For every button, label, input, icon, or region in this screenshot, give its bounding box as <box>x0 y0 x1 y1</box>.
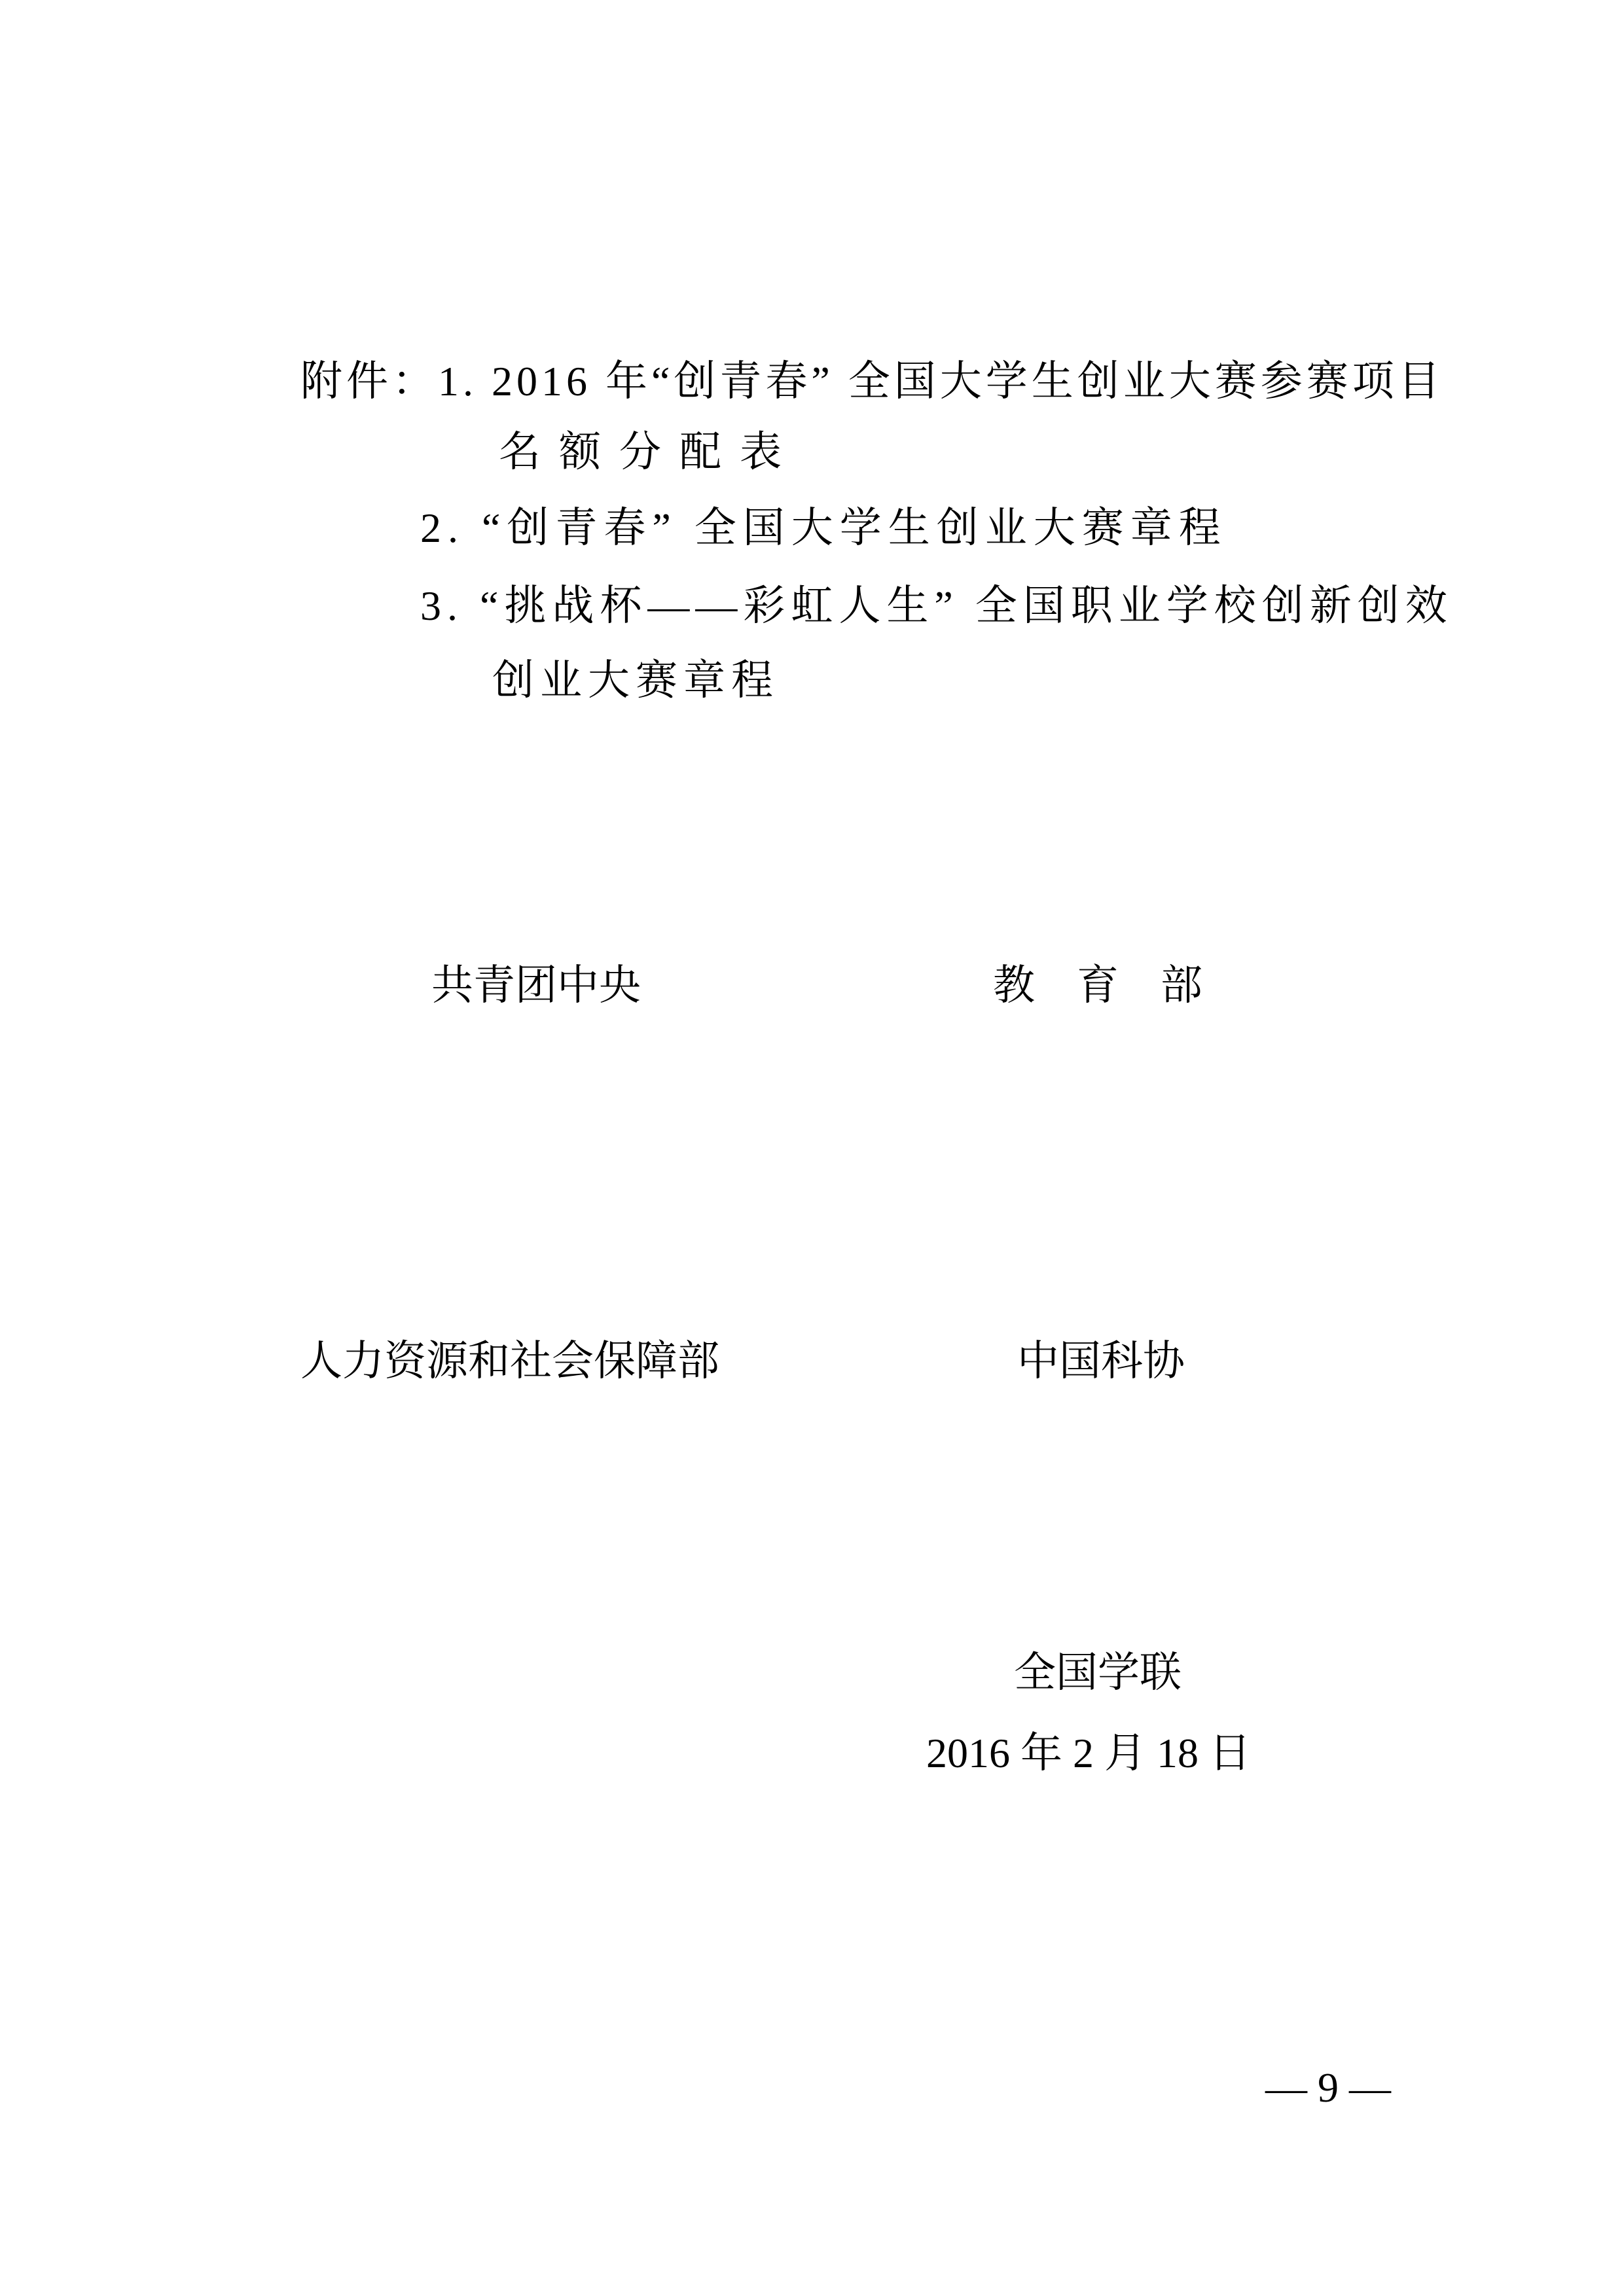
signatory-hr-social-security-ministry: 人力资源和社会保障部 <box>300 1340 719 1382</box>
signatory-education-ministry: 教 育 部 <box>993 965 1202 1007</box>
attachment-line-3-continuation: 创业大赛章程 <box>492 660 779 702</box>
document-date: 2016 年 2 月 18 日 <box>926 1732 1251 1774</box>
signatory-china-science-association: 中国科协 <box>1017 1340 1185 1382</box>
attachment-line-2: 2. “创青春” 全国大学生创业大赛章程 <box>420 507 1227 549</box>
signatory-youth-league: 共青团中央 <box>431 965 641 1007</box>
signatory-national-student-federation: 全国学联 <box>1014 1652 1182 1694</box>
document-page: 附件：1. 2016 年“创青春” 全国大学生创业大赛参赛项目 名额分配表 2.… <box>0 0 1624 2296</box>
attachment-line-1-continuation: 名额分配表 <box>499 431 800 473</box>
attachment-line-3: 3. “挑战杯——彩虹人生” 全国职业学校创新创效 <box>420 585 1453 627</box>
page-number: — 9 — <box>1265 2067 1391 2109</box>
attachment-line-1: 附件：1. 2016 年“创青春” 全国大学生创业大赛参赛项目 <box>300 361 1444 403</box>
